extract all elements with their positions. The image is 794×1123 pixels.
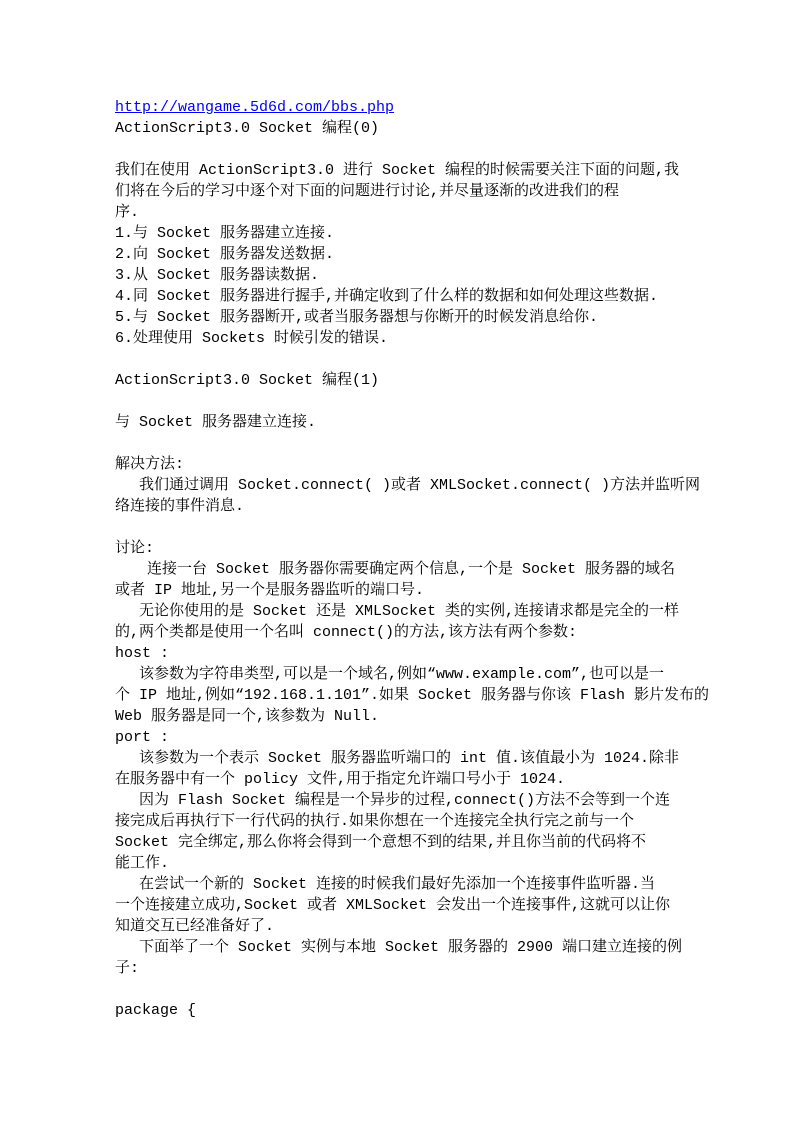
- text-line: 2.向 Socket 服务器发送数据.: [115, 244, 715, 265]
- text-line: 个 IP 地址,例如“192.168.1.101”.如果 Socket 服务器与…: [115, 685, 715, 706]
- text-line: 因为 Flash Socket 编程是一个异步的过程,connect()方法不会…: [115, 790, 715, 811]
- text-line: ActionScript3.0 Socket 编程(1): [115, 370, 715, 391]
- document-page: http://wangame.5d6d.com/bbs.phpActionScr…: [0, 0, 794, 1123]
- text-line: 接完成后再执行下一行代码的执行.如果你想在一个连接完全执行完之前与一个: [115, 811, 715, 832]
- text-line: 我们通过调用 Socket.connect( )或者 XMLSocket.con…: [115, 475, 715, 496]
- text-line: 知道交互已经准备好了.: [115, 916, 715, 937]
- text-line: 该参数为字符串类型,可以是一个域名,例如“www.example.com”,也可…: [115, 664, 715, 685]
- text-line: 解决方法:: [115, 454, 715, 475]
- text-line: Web 服务器是同一个,该参数为 Null.: [115, 706, 715, 727]
- blank-line: [115, 349, 715, 370]
- text-line: 序.: [115, 202, 715, 223]
- text-line: 无论你使用的是 Socket 还是 XMLSocket 类的实例,连接请求都是完…: [115, 601, 715, 622]
- document-content: http://wangame.5d6d.com/bbs.phpActionScr…: [115, 97, 715, 1021]
- text-line: 6.处理使用 Sockets 时候引发的错误.: [115, 328, 715, 349]
- text-line: 与 Socket 服务器建立连接.: [115, 412, 715, 433]
- blank-line: [115, 433, 715, 454]
- text-line: 下面举了一个 Socket 实例与本地 Socket 服务器的 2900 端口建…: [115, 937, 715, 958]
- text-line: 一个连接建立成功,Socket 或者 XMLSocket 会发出一个连接事件,这…: [115, 895, 715, 916]
- blank-line: [115, 517, 715, 538]
- text-line: ActionScript3.0 Socket 编程(0): [115, 118, 715, 139]
- text-line: 1.与 Socket 服务器建立连接.: [115, 223, 715, 244]
- text-line: 讨论:: [115, 538, 715, 559]
- text-line: 连接一台 Socket 服务器你需要确定两个信息,一个是 Socket 服务器的…: [115, 559, 715, 580]
- text-line: 络连接的事件消息.: [115, 496, 715, 517]
- text-line: 3.从 Socket 服务器读数据.: [115, 265, 715, 286]
- text-line: package {: [115, 1000, 715, 1021]
- text-line: 能工作.: [115, 853, 715, 874]
- text-line: port :: [115, 727, 715, 748]
- text-line: host :: [115, 643, 715, 664]
- link-line: http://wangame.5d6d.com/bbs.php: [115, 97, 715, 118]
- text-line: 在尝试一个新的 Socket 连接的时候我们最好先添加一个连接事件监听器.当: [115, 874, 715, 895]
- text-line: 们将在今后的学习中逐个对下面的问题进行讨论,并尽量逐渐的改进我们的程: [115, 181, 715, 202]
- blank-line: [115, 139, 715, 160]
- text-line: 该参数为一个表示 Socket 服务器监听端口的 int 值.该值最小为 102…: [115, 748, 715, 769]
- text-line: 4.同 Socket 服务器进行握手,并确定收到了什么样的数据和如何处理这些数据…: [115, 286, 715, 307]
- text-line: 我们在使用 ActionScript3.0 进行 Socket 编程的时候需要关…: [115, 160, 715, 181]
- text-line: 子:: [115, 958, 715, 979]
- text-line: 在服务器中有一个 policy 文件,用于指定允许端口号小于 1024.: [115, 769, 715, 790]
- text-line: 或者 IP 地址,另一个是服务器监听的端口号.: [115, 580, 715, 601]
- text-line: Socket 完全绑定,那么你将会得到一个意想不到的结果,并且你当前的代码将不: [115, 832, 715, 853]
- document-link[interactable]: http://wangame.5d6d.com/bbs.php: [115, 97, 394, 118]
- blank-line: [115, 979, 715, 1000]
- text-line: 5.与 Socket 服务器断开,或者当服务器想与你断开的时候发消息给你.: [115, 307, 715, 328]
- blank-line: [115, 391, 715, 412]
- text-line: 的,两个类都是使用一个名叫 connect()的方法,该方法有两个参数:: [115, 622, 715, 643]
